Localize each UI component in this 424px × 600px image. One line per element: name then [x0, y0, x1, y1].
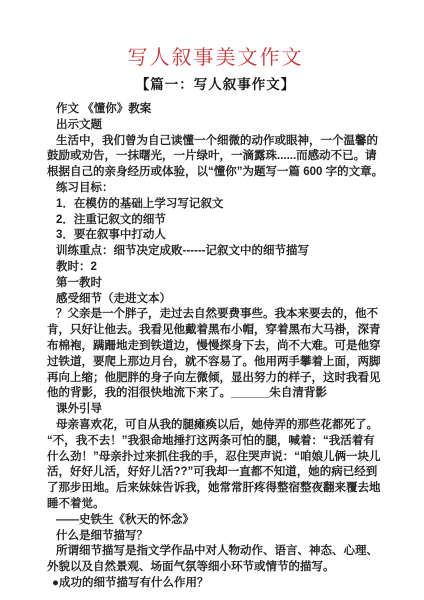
- paragraph-topic-intro: 生活中，我们曾为自己读懂一个细微的动作或眼神，一个温馨的鼓励或劝告，一抹曙光，一…: [47, 134, 384, 181]
- paragraph-definition: 所谓细节描写是指文学作品中对人物动作、语言、神态、心理、外貌以及自然景观、场面气…: [47, 544, 384, 576]
- paragraph-goal-3: 3．要在叙事中打动人: [47, 228, 384, 244]
- paragraph-lesson-title: 作文 《懂你》教案: [47, 102, 384, 118]
- paragraph-extra-guide-heading: 课外引导: [47, 402, 384, 418]
- paragraph-goal-2: 2．注重记叙文的细节: [47, 213, 384, 229]
- paragraph-goals-heading: 练习目标：: [47, 181, 384, 197]
- paragraph-show-topic: 出示文题: [47, 118, 384, 134]
- document-title: 写人叙事美文作文: [47, 46, 384, 70]
- document-subtitle: 【篇一：写人叙事作文】: [47, 77, 384, 93]
- paragraph-training-focus: 训练重点：细节决定成败------记叙文中的细节描写: [47, 244, 384, 260]
- paragraph-first-session: 第一教时: [47, 276, 384, 292]
- paragraph-goal-1: 1．在模仿的基础上学习写记叙文: [47, 197, 384, 213]
- paragraph-bullet-question: ●成功的细节描写有什么作用？: [47, 576, 384, 592]
- document-body: 作文 《懂你》教案 出示文题 生活中，我们曾为自己读懂一个细微的动作或眼神，一个…: [47, 102, 384, 592]
- paragraph-excerpt-mother: 母亲喜欢花，可自从我的腿瘫痪以后，她侍弄的那些花都死了。: [47, 418, 384, 434]
- paragraph-question-heading: 什么是细节描写？: [47, 529, 384, 545]
- paragraph-section-heading: 感受细节（走进文本）: [47, 292, 384, 308]
- paragraph-class-hours: 教时：2: [47, 260, 384, 276]
- document-page: 写人叙事美文作文 【篇一：写人叙事作文】 作文 《懂你》教案 出示文题 生活中，…: [0, 0, 424, 600]
- paragraph-excerpt-source: ——史铁生《秋天的怀念》: [47, 513, 384, 529]
- paragraph-excerpt-quote: “不，我不去！”我狠命地捶打这两条可怕的腿，喊着：“我活着有什么劲！”母亲扑过来…: [47, 434, 384, 513]
- paragraph-excerpt-beiying: ？父亲是一个胖子，走过去自然要费事些。我本来要去的，他不肯，只好让他去。我看见他…: [47, 307, 384, 402]
